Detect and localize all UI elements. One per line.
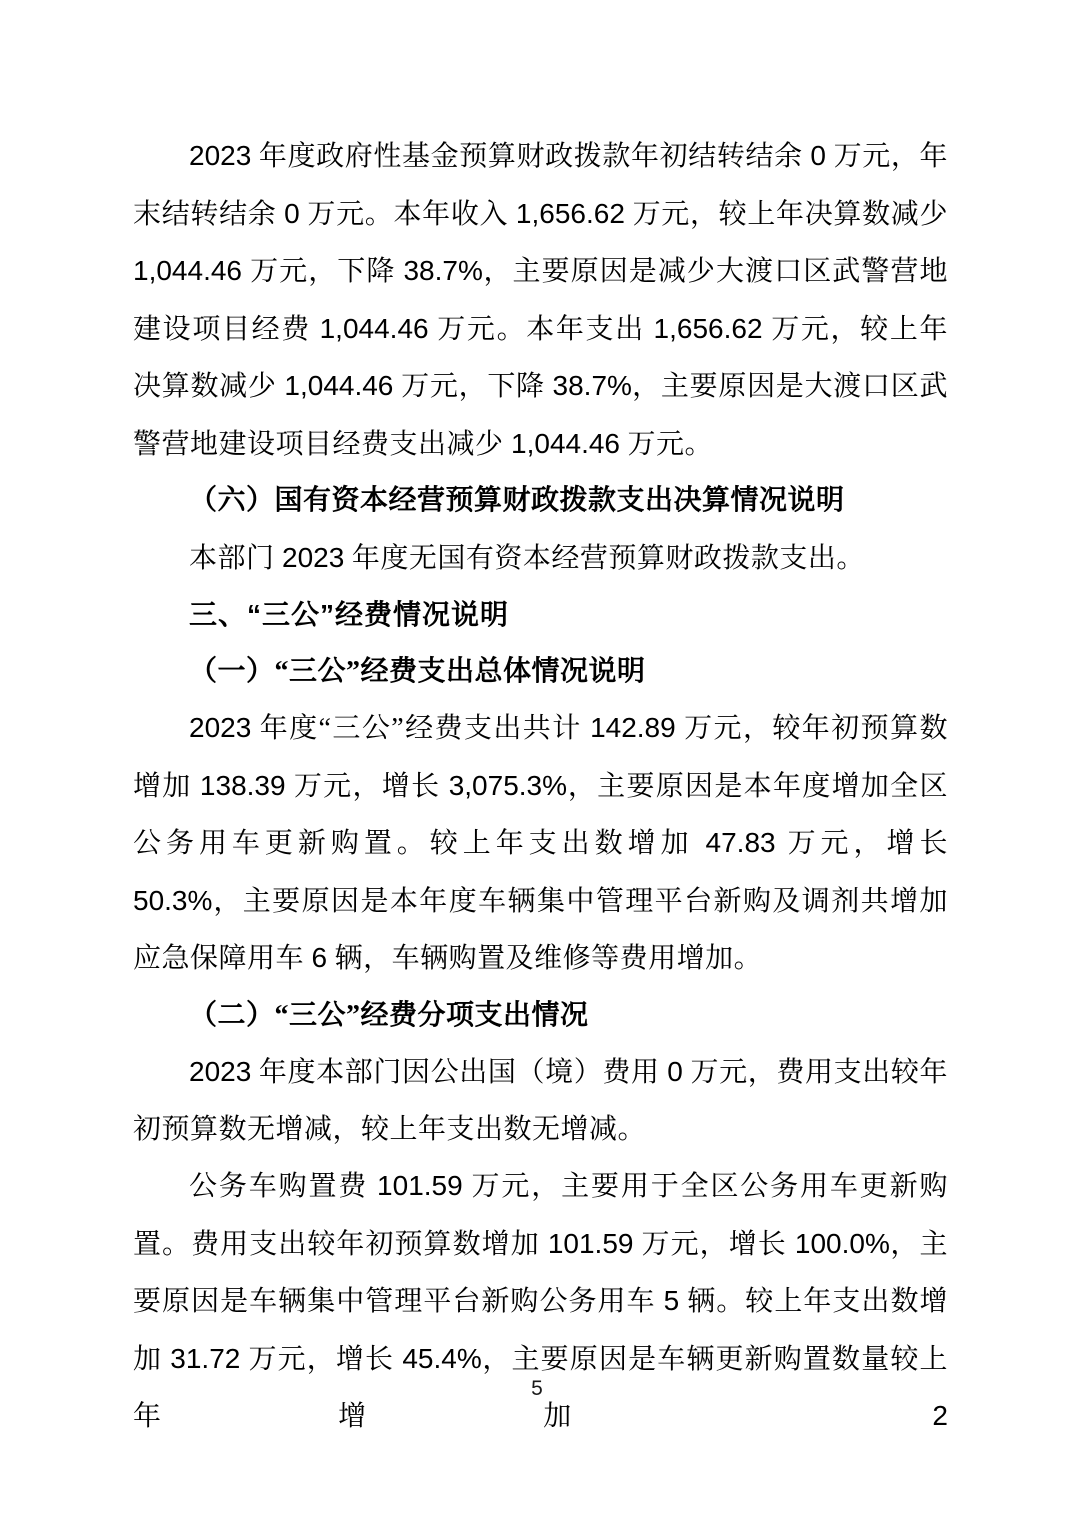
numeric-text: 1,044.46	[511, 428, 620, 459]
numeric-text: 2023	[189, 712, 251, 743]
numeric-text: 1,656.62	[516, 198, 625, 229]
page-number: 5	[0, 1374, 1074, 1404]
numeric-text: 1,044.46	[284, 370, 393, 401]
section-heading: （二）“三公”经费分项支出情况	[133, 988, 948, 1045]
numeric-text: 6	[312, 942, 328, 973]
numeric-text: 38.7%	[403, 255, 482, 286]
numeric-text: 1,044.46	[133, 255, 242, 286]
numeric-text: 0	[284, 198, 300, 229]
numeric-text: 138.39	[200, 770, 286, 801]
numeric-text: 3,075.3%	[449, 770, 567, 801]
numeric-text: 47.83	[706, 827, 776, 858]
numeric-text: 2023	[282, 542, 344, 573]
numeric-text: 0	[810, 140, 826, 171]
numeric-text: 5	[664, 1285, 680, 1316]
chapter-heading: 三、“三公”经费情况说明	[133, 587, 948, 644]
numeric-text: 2023	[189, 1056, 251, 1087]
numeric-text: 2023	[189, 140, 251, 171]
paragraph: 2023 年度政府性基金预算财政拨款年初结转结余 0 万元，年末结转结余 0 万…	[133, 128, 948, 473]
numeric-text: 101.59	[377, 1170, 463, 1201]
numeric-text: 50.3%	[133, 885, 212, 916]
numeric-text: 142.89	[590, 712, 676, 743]
numeric-text: 1,044.46	[320, 313, 429, 344]
numeric-text: 101.59	[548, 1228, 634, 1259]
numeric-text: 100.0%	[795, 1228, 890, 1259]
section-heading: （六）国有资本经营预算财政拨款支出决算情况说明	[133, 473, 948, 530]
numeric-text: 2	[932, 1400, 948, 1431]
paragraph: 2023 年度本部门因公出国（境）费用 0 万元，费用支出较年初预算数无增减，较…	[133, 1044, 948, 1158]
numeric-text: 1,656.62	[654, 313, 763, 344]
paragraph: 2023 年度“三公”经费支出共计 142.89 万元，较年初预算数增加 138…	[133, 700, 948, 988]
numeric-text: 31.72	[170, 1343, 240, 1374]
section-heading: （一）“三公”经费支出总体情况说明	[133, 644, 948, 701]
document-body: 2023 年度政府性基金预算财政拨款年初结转结余 0 万元，年末结转结余 0 万…	[133, 128, 948, 1446]
numeric-text: 38.7%	[553, 370, 632, 401]
numeric-text: 45.4%	[402, 1343, 481, 1374]
document-page: 2023 年度政府性基金预算财政拨款年初结转结余 0 万元，年末结转结余 0 万…	[0, 0, 1074, 1520]
numeric-text: 0	[667, 1056, 683, 1087]
paragraph: 本部门 2023 年度无国有资本经营预算财政拨款支出。	[133, 530, 948, 588]
